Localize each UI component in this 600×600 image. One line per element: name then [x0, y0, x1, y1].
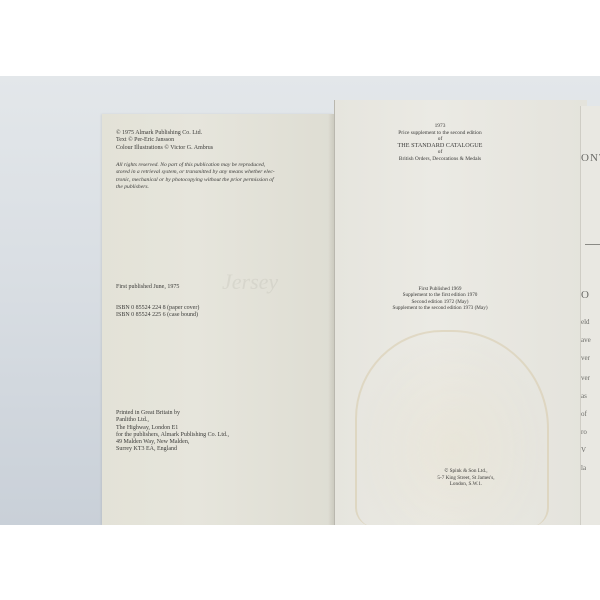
third-booklet-page-edge: ONT O eld ave ver ver as of ro V la	[580, 106, 600, 525]
show-through-text: Jersey	[222, 269, 278, 295]
body-fragment: ro	[581, 428, 587, 436]
printer-line: Printed in Great Britain by	[116, 410, 229, 417]
body-fragment: eld	[581, 318, 590, 326]
body-fragment: V	[581, 446, 586, 454]
copyright-block: © 1975 Almark Publishing Co. Ltd. Text ©…	[116, 130, 213, 152]
title-line: of	[335, 149, 545, 156]
body-fragment: la	[581, 464, 586, 472]
body-fragment: ver	[581, 374, 590, 382]
printer-line: Panlitho Ltd.,	[116, 417, 229, 424]
printer-line: for the publishers, Almark Publishing Co…	[116, 432, 229, 439]
heading-fragment: ONT	[581, 152, 600, 164]
edition-line: Supplement to the second edition 1973 (M…	[335, 305, 545, 311]
publisher-line: © Spink & Son Ltd.,	[411, 468, 521, 475]
divider-rule	[585, 244, 600, 245]
right-booklet-page: 1973 Price supplement to the second edit…	[334, 100, 587, 525]
left-booklet-page: Jersey © 1975 Almark Publishing Co. Ltd.…	[102, 114, 334, 525]
printer-line: The Highway, London E1	[116, 425, 229, 432]
rights-line: tronic, mechanical or by photocopying wi…	[116, 177, 275, 184]
body-fragment: of	[581, 410, 587, 418]
edition-block: First Published 1969 Supplement to the f…	[335, 286, 545, 312]
water-stain	[355, 330, 549, 525]
rights-block: All rights reserved. No part of this pub…	[116, 162, 275, 191]
isbn-line: ISBN 0 85524 225 6 (case bound)	[116, 312, 199, 319]
title-line: British Orders, Decorations & Medals	[335, 156, 545, 163]
publisher-line: 5-7 King Street, St James's,	[411, 475, 521, 482]
publisher-line: London, S.W.1.	[411, 481, 521, 488]
copyright-line: Text © Per-Eric Jansson	[116, 137, 213, 144]
isbn-block: ISBN 0 85524 224 8 (paper cover) ISBN 0 …	[116, 305, 199, 320]
copyright-line: Colour Illustrations © Victor G. Ambrus	[116, 145, 213, 152]
body-fragment: as	[581, 392, 587, 400]
printer-block: Printed in Great Britain by Panlitho Ltd…	[116, 410, 229, 454]
photo: Jersey © 1975 Almark Publishing Co. Ltd.…	[0, 76, 600, 525]
title-block: 1973 Price supplement to the second edit…	[335, 123, 545, 163]
printer-line: Surrey KT3 EA, England	[116, 446, 229, 453]
rights-line: All rights reserved. No part of this pub…	[116, 162, 275, 169]
printer-line: 49 Malden Way, New Malden,	[116, 439, 229, 446]
heading-fragment: O	[581, 289, 590, 301]
body-fragment: ver	[581, 354, 590, 362]
title-line: 1973	[335, 123, 545, 130]
rights-line: the publishers.	[116, 184, 275, 191]
publisher-block: © Spink & Son Ltd., 5-7 King Street, St …	[411, 468, 521, 488]
body-fragment: ave	[581, 336, 591, 344]
first-published: First published June, 1975	[116, 284, 179, 291]
rights-line: stored in a retrieval system, or transmi…	[116, 169, 275, 176]
